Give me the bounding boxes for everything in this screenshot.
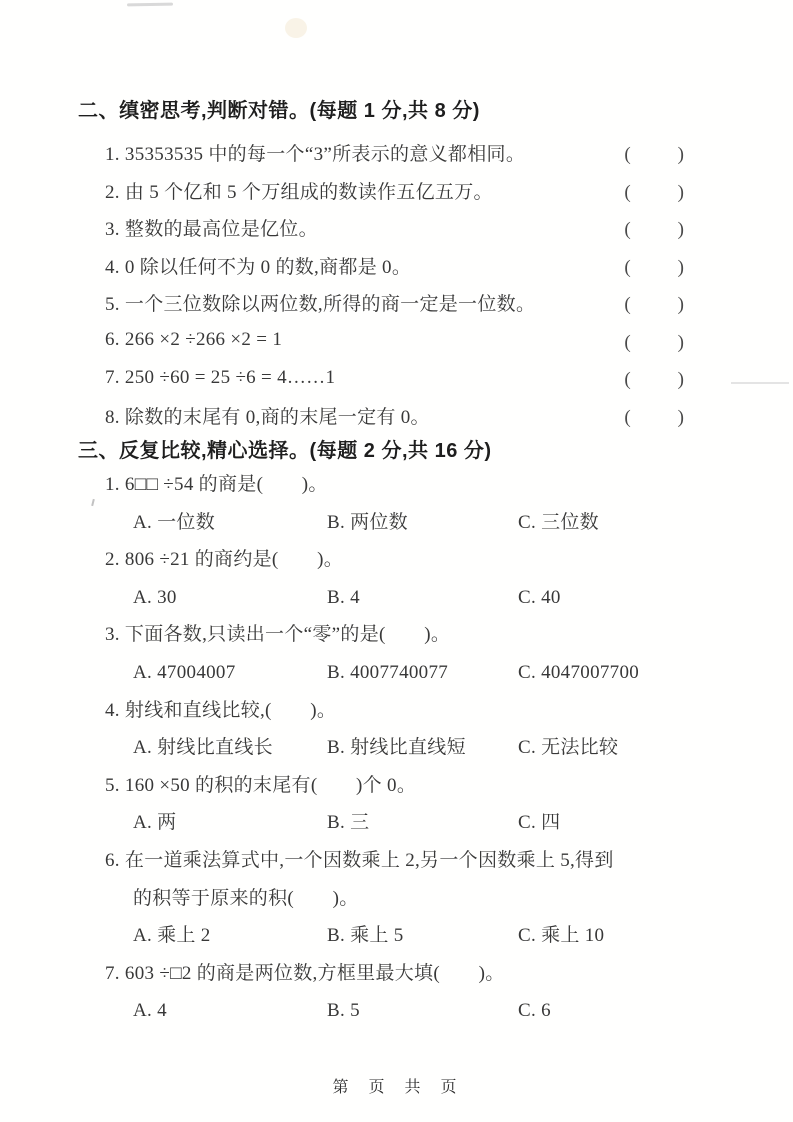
- option-c: C. 40: [518, 579, 713, 617]
- choice-options-4: A. 射线比直线长 B. 射线比直线短 C. 无法比较: [78, 729, 713, 767]
- option-c: C. 6: [518, 992, 713, 1030]
- choice-question-5: 5. 160 ×50 的积的末尾有( )个 0。: [78, 767, 713, 805]
- choice-question-6-line-1: 6. 在一道乘法算式中,一个因数乘上 2,另一个因数乘上 5,得到: [78, 842, 713, 880]
- option-a: A. 4: [133, 992, 327, 1030]
- judgment-question-8: 8. 除数的末尾有 0,商的末尾一定有 0。 ( ): [78, 397, 713, 435]
- judgment-question-5: 5. 一个三位数除以两位数,所得的商一定是一位数。 ( ): [78, 284, 713, 322]
- choice-options-5: A. 两 B. 三 C. 四: [78, 804, 713, 842]
- option-c: C. 4047007700: [518, 654, 713, 692]
- exam-page: 二、缜密思考,判断对错。(每题 1 分,共 8 分) 1. 35353535 中…: [0, 0, 793, 1122]
- choice-question-7: 7. 603 ÷□2 的商是两位数,方框里最大填( )。: [78, 955, 713, 993]
- judgment-question-7: 7. 250 ÷60 = 25 ÷6 = 4……1 ( ): [78, 359, 713, 397]
- judgment-question-1: 1. 35353535 中的每一个“3”所表示的意义都相同。 ( ): [78, 134, 713, 172]
- choice-options-6: A. 乘上 2 B. 乘上 5 C. 乘上 10: [78, 917, 713, 955]
- question-text: 4. 0 除以任何不为 0 的数,商都是 0。: [105, 252, 624, 279]
- option-b: B. 三: [327, 804, 518, 842]
- option-a: A. 乘上 2: [133, 917, 327, 955]
- choice-question-2: 2. 806 ÷21 的商约是( )。: [78, 541, 713, 579]
- option-b: B. 4007740077: [327, 654, 518, 692]
- question-text: 1. 35353535 中的每一个“3”所表示的意义都相同。: [105, 139, 624, 166]
- option-b: B. 乘上 5: [327, 917, 518, 955]
- choice-question-list: 1. 6□□ ÷54 的商是( )。 A. 一位数 B. 两位数 C. 三位数 …: [78, 466, 713, 1030]
- option-b: B. 射线比直线短: [327, 729, 518, 767]
- choice-options-3: A. 47004007 B. 4007740077 C. 4047007700: [78, 654, 713, 692]
- option-b: B. 5: [327, 992, 518, 1030]
- answer-blank: ( ): [624, 214, 687, 241]
- choice-question-3: 3. 下面各数,只读出一个“零”的是( )。: [78, 616, 713, 654]
- judgment-question-3: 3. 整数的最高位是亿位。 ( ): [78, 209, 713, 247]
- answer-blank: ( ): [624, 139, 687, 166]
- page-content: 二、缜密思考,判断对错。(每题 1 分,共 8 分) 1. 35353535 中…: [0, 0, 793, 1097]
- answer-blank: ( ): [624, 252, 687, 279]
- judgment-question-4: 4. 0 除以任何不为 0 的数,商都是 0。 ( ): [78, 247, 713, 285]
- option-c: C. 无法比较: [518, 729, 713, 767]
- section-2-heading: 二、缜密思考,判断对错。(每题 1 分,共 8 分): [78, 96, 713, 126]
- judgment-question-6: 6. 266 ×2 ÷266 ×2 = 1 ( ): [78, 322, 713, 360]
- question-text: 6. 266 ×2 ÷266 ×2 = 1: [105, 329, 624, 351]
- question-text: 3. 整数的最高位是亿位。: [105, 214, 624, 241]
- section-3-heading: 三、反复比较,精心选择。(每题 2 分,共 16 分): [78, 436, 713, 466]
- judgment-question-list: 1. 35353535 中的每一个“3”所表示的意义都相同。 ( ) 2. 由 …: [78, 134, 713, 434]
- choice-question-4: 4. 射线和直线比较,( )。: [78, 692, 713, 730]
- option-c: C. 四: [518, 804, 713, 842]
- question-text: 8. 除数的末尾有 0,商的末尾一定有 0。: [105, 402, 624, 429]
- option-c: C. 乘上 10: [518, 917, 713, 955]
- option-a: A. 两: [133, 804, 327, 842]
- choice-options-2: A. 30 B. 4 C. 40: [78, 579, 713, 617]
- answer-blank: ( ): [624, 402, 687, 429]
- option-b: B. 两位数: [327, 504, 518, 542]
- scan-artifact-spot: [285, 18, 307, 38]
- choice-options-1: A. 一位数 B. 两位数 C. 三位数: [78, 504, 713, 542]
- option-a: A. 30: [133, 579, 327, 617]
- answer-blank: ( ): [624, 177, 687, 204]
- option-a: A. 47004007: [133, 654, 327, 692]
- question-text: 5. 一个三位数除以两位数,所得的商一定是一位数。: [105, 289, 624, 316]
- answer-blank: ( ): [624, 364, 687, 391]
- answer-blank: ( ): [624, 327, 687, 354]
- page-footer: 第 页 共 页: [78, 1074, 713, 1097]
- choice-question-1: 1. 6□□ ÷54 的商是( )。: [78, 466, 713, 504]
- option-a: A. 一位数: [133, 504, 327, 542]
- choice-options-7: A. 4 B. 5 C. 6: [78, 992, 713, 1030]
- option-a: A. 射线比直线长: [133, 729, 327, 767]
- question-text: 7. 250 ÷60 = 25 ÷6 = 4……1: [105, 367, 624, 389]
- question-text: 2. 由 5 个亿和 5 个万组成的数读作五亿五万。: [105, 177, 624, 204]
- answer-blank: ( ): [624, 289, 687, 316]
- option-c: C. 三位数: [518, 504, 713, 542]
- option-b: B. 4: [327, 579, 518, 617]
- judgment-question-2: 2. 由 5 个亿和 5 个万组成的数读作五亿五万。 ( ): [78, 172, 713, 210]
- choice-question-6-line-2: 的积等于原来的积( )。: [78, 880, 713, 918]
- scan-artifact-streak: [731, 382, 789, 384]
